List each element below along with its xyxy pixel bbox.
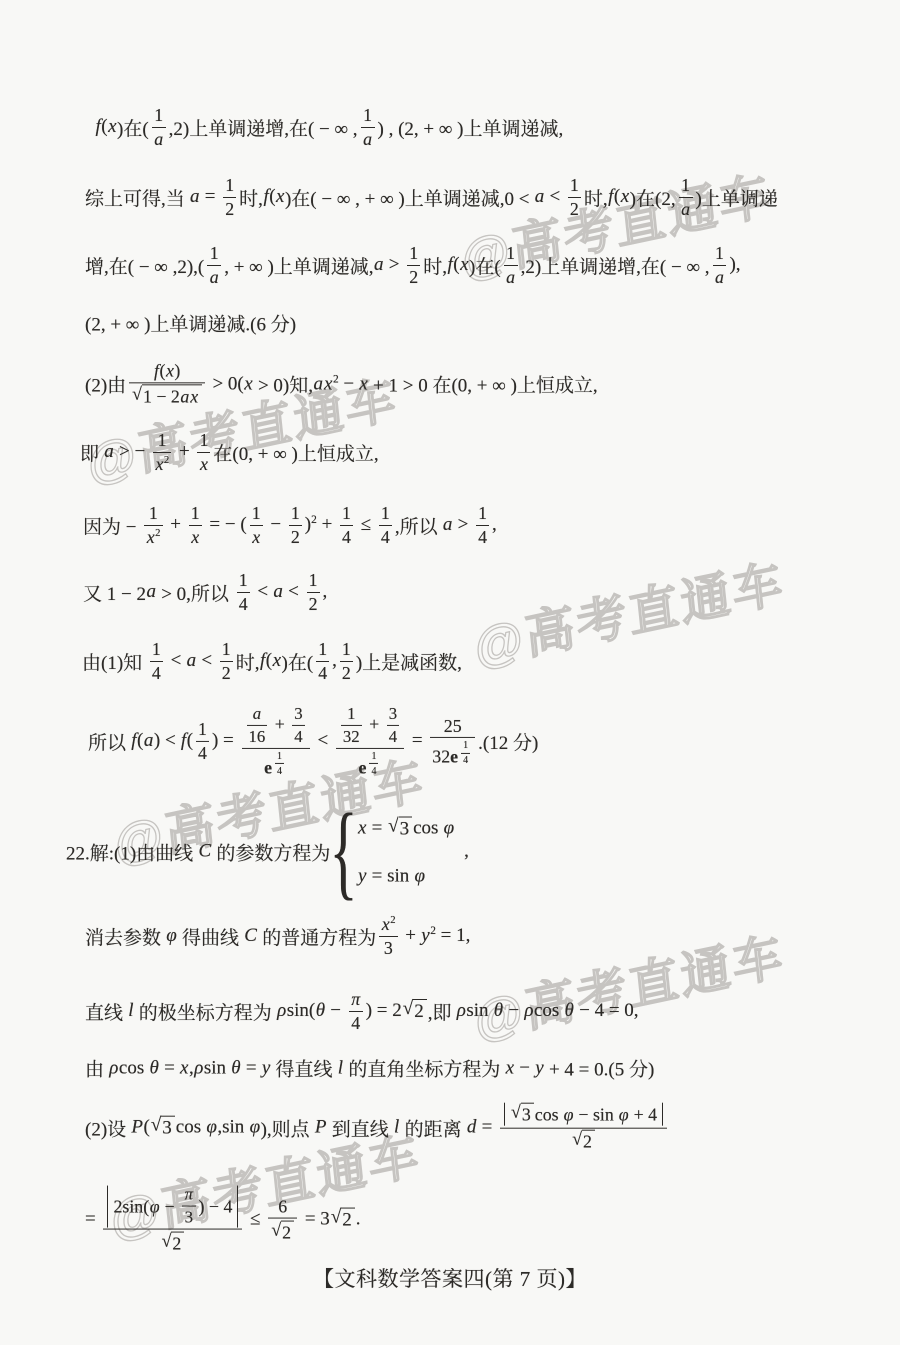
text-run: ,即	[428, 998, 457, 1025]
text-run: ,sin	[217, 1117, 249, 1139]
text-run: ,所以	[395, 512, 443, 539]
math-variable: ρ	[109, 1057, 119, 1079]
math-variable: φ	[414, 865, 426, 887]
fraction-numerator: 6	[276, 1196, 289, 1216]
text-run: 1	[152, 639, 161, 659]
fraction: 12	[220, 639, 233, 683]
fraction: 1a	[361, 105, 375, 149]
fraction: 1a	[207, 243, 221, 287]
q22-part1-rectangular-equation: 由 ρcos θ = x,ρsin θ = y 得直线 l 的直角坐标方程为 x…	[85, 1055, 654, 1082]
radicand: 3	[161, 1116, 175, 1141]
fraction-numerator: a	[250, 705, 263, 724]
math-variable: x	[244, 373, 253, 395]
fraction: 1a	[504, 243, 518, 287]
text-run: 1	[570, 175, 579, 195]
fraction-numerator: 1	[340, 503, 353, 523]
text-run: − sin	[574, 1104, 618, 1124]
text-run: 消去参数	[85, 923, 166, 950]
text-run: 2	[164, 454, 169, 466]
text-run: 因为 −	[83, 512, 141, 539]
radical-sign: √	[572, 1129, 582, 1150]
text-run: 即	[80, 439, 104, 466]
fraction-numerator: 1	[275, 751, 284, 762]
math-variable: ρ	[524, 1000, 534, 1022]
text-run: 4	[371, 766, 376, 777]
q22-part1-ordinary-equation: 消去参数 φ 得曲线 C 的普通方程为x23 + y2 = 1,	[85, 914, 470, 958]
fraction-bar	[250, 525, 263, 526]
text-run: ) =	[212, 730, 239, 752]
text-run: 1	[149, 503, 158, 523]
fraction-denominator: a	[713, 267, 727, 287]
text-run: 2	[222, 663, 231, 683]
text-run: 4	[239, 594, 248, 614]
text-run: 1	[381, 503, 390, 523]
math-variable: a	[154, 129, 164, 149]
math-variable: x	[324, 373, 333, 394]
fraction: 12	[340, 639, 353, 683]
fraction-denominator: e14	[357, 751, 384, 778]
q21-part2-range: 又 1 − 2a > 0,所以 14 < a < 12,	[83, 570, 327, 614]
text-run: > 0(	[208, 373, 244, 395]
fraction-bar	[144, 525, 162, 526]
math-variable: ρ	[456, 1000, 466, 1022]
fraction-numerator: 1	[407, 243, 420, 263]
text-run: 2	[282, 1222, 291, 1242]
fraction: √3cos φ − sin φ + 4√2	[500, 1103, 667, 1154]
text-run: 2sin(	[113, 1196, 149, 1216]
text-run: )上单调递	[696, 184, 778, 211]
text-run: 直线	[85, 998, 128, 1025]
text-run: (	[144, 1117, 150, 1139]
fraction-numerator: 1	[369, 751, 378, 762]
math-variable: x	[146, 527, 155, 547]
math-variable: x	[272, 650, 281, 672]
text-run: = sin	[367, 865, 414, 887]
fraction-denominator: 4	[196, 743, 209, 763]
text-run: ,	[492, 514, 497, 536]
fraction-bar	[150, 661, 163, 662]
math-variable: P	[131, 1117, 144, 1139]
square-root: √2	[331, 1208, 355, 1233]
fraction: 1a	[152, 105, 166, 149]
math-variable: C	[244, 925, 258, 947]
fraction: a16	[247, 705, 268, 747]
text-run: 所以	[88, 728, 131, 755]
fraction: 12	[568, 175, 581, 219]
superscript: 14	[366, 751, 381, 778]
q21-part2-conclusion: 所以 f(a) < f(14) = a16 + 34e14 < 132 + 34…	[88, 705, 538, 777]
fraction-numerator: π	[349, 989, 363, 1009]
fraction-numerator: 1	[156, 430, 169, 450]
text-run: 到直线	[327, 1115, 394, 1142]
text-run: =	[200, 186, 220, 208]
fraction-bar	[207, 265, 221, 266]
text-run: 1	[363, 105, 372, 125]
fraction-numerator: π	[182, 1186, 195, 1205]
math-variable: π	[184, 1185, 193, 1204]
fraction: 6√2	[268, 1196, 297, 1243]
text-run: 1	[239, 570, 248, 590]
math-variable: φ	[443, 818, 455, 840]
text-run: 2	[155, 527, 160, 539]
square-root: √3	[388, 817, 412, 842]
text-run: 2	[390, 914, 395, 926]
text-run: 1	[371, 751, 376, 762]
text-run: ) , (2, + ∞ )上单调递减,	[378, 114, 564, 141]
text-run: <	[545, 186, 565, 208]
fraction-numerator: 1	[379, 503, 392, 523]
text-run: 的直角坐标方程为	[344, 1055, 506, 1082]
fraction-bar	[103, 1229, 242, 1230]
fraction-bar	[220, 661, 233, 662]
text-run: (2)由	[85, 371, 126, 398]
radical-sign: √	[151, 1115, 161, 1137]
math-variable: φ	[249, 1117, 261, 1139]
absolute-value: √3cos φ − sin φ + 4	[504, 1103, 663, 1126]
text-run: 综上可得,当	[85, 184, 190, 211]
text-run: sin	[466, 1000, 493, 1022]
fraction-denominator: 4	[340, 527, 353, 547]
text-run: <	[197, 650, 217, 672]
text-run: 1	[252, 503, 261, 523]
radicand: 2	[341, 1208, 355, 1233]
text-run: 又 1 − 2	[83, 579, 146, 606]
text-run: 16	[249, 727, 266, 746]
text-run: + 1 > 0 在(0, + ∞ )上恒成立,	[368, 371, 597, 398]
math-variable: a	[442, 514, 453, 536]
math-variable: d	[466, 1117, 477, 1139]
text-run: 的普通方程为	[257, 923, 376, 950]
fraction: a16 + 34e14	[242, 705, 310, 777]
text-run: )在(	[117, 114, 149, 141]
fraction-denominator: 2	[307, 594, 320, 614]
fraction: 1a	[713, 243, 727, 287]
fraction-denominator: e14	[262, 751, 289, 778]
fraction-bar	[430, 737, 475, 738]
text-run: −	[504, 1000, 524, 1022]
fraction-denominator: 16	[247, 728, 268, 747]
fraction: x23	[379, 914, 397, 958]
fraction-numerator: 1	[208, 243, 221, 263]
text-run: 4	[318, 663, 327, 683]
text-run: 1	[681, 175, 690, 195]
fraction: 14	[340, 503, 353, 547]
text-run: 4	[463, 755, 468, 766]
text-run: > 0)知,	[253, 371, 313, 398]
text-run: (2)设	[85, 1115, 131, 1142]
math-constant: e	[359, 757, 367, 777]
text-run: =	[85, 1209, 100, 1231]
fraction-denominator: a	[504, 267, 518, 287]
text-run: 3	[400, 819, 410, 840]
math-variable: y	[421, 925, 430, 946]
fraction-denominator: 4	[237, 594, 250, 614]
text-run: 3	[522, 1105, 531, 1125]
text-run: cos	[535, 1104, 563, 1124]
text-run: 4	[198, 743, 207, 763]
text-run: , + ∞ )上单调递减,	[224, 252, 373, 279]
fraction-bar	[189, 525, 202, 526]
q21-part2-completing-square: 因为 − 1x2 + 1x = − (1x − 12)2 + 14 ≤ 14,所…	[83, 503, 497, 547]
fraction-numerator: 1	[476, 503, 489, 523]
fraction-numerator: 3	[292, 705, 304, 724]
math-variable: P	[314, 1117, 327, 1139]
fraction-denominator: 4	[476, 527, 489, 547]
text-run: )在(	[469, 252, 501, 279]
math-variable: x	[199, 454, 208, 474]
square-root: √3	[151, 1116, 175, 1141]
text-run: 时,	[236, 648, 260, 675]
fraction-denominator: 4	[387, 728, 399, 747]
math-variable: x	[190, 386, 199, 406]
cases-row: x = √3cos φ	[357, 817, 454, 842]
text-run: 1	[342, 639, 351, 659]
fraction-denominator: 3	[183, 1208, 195, 1227]
fraction-denominator: 4	[150, 663, 163, 683]
radicand: 2	[413, 999, 427, 1024]
q22-part1-parametric: 22.解:(1)由曲线 C 的参数方程为{x = √3cos φy = sin …	[66, 811, 469, 894]
fraction: 1x2	[144, 503, 162, 547]
fraction-bar	[568, 197, 581, 198]
math-variable: x	[180, 1057, 189, 1079]
fraction-bar	[153, 452, 171, 453]
text-run: = 1,	[436, 925, 470, 947]
math-variable: x	[357, 818, 366, 840]
fraction: π3	[182, 1186, 195, 1228]
text-run: 在(0, + ∞ )上恒成立,	[213, 439, 378, 466]
text-run: −	[266, 514, 286, 536]
fraction-bar	[223, 197, 236, 198]
text-run: 2	[414, 1001, 424, 1022]
math-variable: a	[146, 581, 157, 603]
math-variable: y	[357, 865, 366, 887]
text-run: <	[283, 581, 303, 603]
fraction-numerator: 1	[250, 503, 263, 523]
text-run: sin(	[287, 1000, 316, 1022]
watermark: @高考直通车	[471, 542, 788, 680]
radicand: 2	[281, 1220, 294, 1243]
fraction-numerator: 1	[147, 503, 160, 523]
fraction: 14	[150, 639, 163, 683]
fraction-bar	[152, 127, 166, 128]
text-run: 1 − 2	[143, 386, 180, 406]
math-variable: θ	[564, 1000, 574, 1022]
text-run: −	[326, 1000, 346, 1022]
fraction-numerator: 1	[150, 639, 163, 659]
radical-sign: √	[403, 998, 413, 1020]
math-variable: x	[276, 186, 285, 208]
text-run: +	[270, 714, 289, 734]
text-run: +	[401, 925, 421, 947]
text-run: 1	[158, 430, 167, 450]
square-root: √2	[572, 1130, 595, 1153]
fraction-numerator: 1	[152, 105, 165, 125]
text-run: ),	[729, 254, 740, 276]
fraction: 14	[369, 751, 378, 778]
text-run: 4	[389, 727, 397, 746]
math-variable: x	[191, 527, 200, 547]
fraction-numerator: a16 + 34	[242, 705, 310, 747]
math-variable: ρ	[194, 1057, 204, 1079]
fraction-denominator: 2	[220, 663, 233, 683]
fraction-numerator: 132 + 34	[336, 705, 404, 747]
math-variable: a	[363, 129, 373, 149]
fraction: 1x	[197, 430, 210, 474]
text-run: 4	[294, 727, 302, 746]
text-run: 时,	[239, 184, 263, 211]
scanned-answer-page: @高考直通车@高考直通车@高考直通车@高考直通车@高考直通车@高考直通车 f(x…	[0, 0, 900, 1345]
fraction-bar	[500, 1128, 667, 1129]
fraction-denominator: 4	[292, 728, 304, 747]
fraction-denominator: √2	[159, 1231, 188, 1254]
fraction: 132 + 34e14	[336, 705, 404, 777]
fraction: 14	[476, 503, 489, 547]
radical-sign: √	[132, 383, 142, 404]
superscript: 14	[272, 751, 287, 778]
text-run: ) <	[154, 730, 181, 752]
text-run: ≤	[245, 1209, 265, 1231]
page-footer: 【文科数学答案四(第 7 页)】	[0, 1263, 900, 1293]
fraction-bar	[504, 265, 518, 266]
radical-sign: √	[388, 816, 398, 838]
text-run: −	[339, 373, 359, 395]
fraction-numerator: √3cos φ − sin φ + 4	[500, 1103, 667, 1126]
fraction-numerator: 25	[442, 716, 464, 736]
text-run: = − (	[205, 514, 247, 536]
fraction: 14	[379, 503, 392, 547]
fraction: 12	[307, 570, 320, 614]
text-run: +	[365, 714, 384, 734]
text-run: 1	[347, 704, 355, 723]
square-root: √2	[162, 1231, 185, 1254]
fraction-denominator: 4	[316, 663, 329, 683]
fraction-numerator: 1	[504, 243, 517, 263]
fraction: 1x	[189, 503, 202, 547]
math-variable: ρ	[277, 1000, 287, 1022]
math-variable: a	[715, 267, 725, 287]
fraction: 12	[289, 503, 302, 547]
math-constant: e	[450, 746, 458, 766]
radicand: 2	[171, 1231, 184, 1254]
fraction-bar	[379, 936, 397, 937]
math-variable: φ	[618, 1104, 629, 1124]
fraction: 14	[237, 570, 250, 614]
fraction-numerator: f(x)	[152, 360, 183, 380]
fraction: 1a	[679, 175, 693, 219]
fraction-denominator: √1 − 2ax	[129, 384, 205, 407]
text-run: 由(1)知	[82, 648, 147, 675]
q21-summary-line-3: (2, + ∞ )上单调递减.(6 分)	[85, 310, 296, 337]
fraction-denominator: a	[679, 199, 693, 219]
fraction-denominator: 2	[223, 199, 236, 219]
fraction-numerator: 1	[189, 503, 202, 523]
text-run: ) = 2	[366, 1000, 402, 1022]
math-variable: y	[261, 1057, 270, 1079]
fraction-bar	[349, 1011, 363, 1012]
text-run: >	[384, 254, 404, 276]
text-run: 4	[478, 527, 487, 547]
fraction-denominator: 32e14	[430, 740, 475, 767]
text-run: 得曲线	[177, 923, 244, 950]
fraction: 12	[407, 243, 420, 287]
text-run: 1	[342, 503, 351, 523]
fraction-bar	[679, 197, 693, 198]
math-variable: φ	[149, 1196, 160, 1216]
cases-system: {x = √3cos φy = sin φ	[332, 811, 454, 894]
radical-sign: √	[511, 1102, 521, 1123]
fraction-bar	[197, 452, 210, 453]
text-run: 1	[154, 105, 163, 125]
fraction-denominator: x	[197, 454, 210, 474]
math-variable: y	[535, 1057, 544, 1079]
fraction-denominator: 2	[340, 663, 353, 683]
text-run: 4	[342, 527, 351, 547]
math-variable: φ	[206, 1117, 218, 1139]
fraction-bar	[316, 661, 329, 662]
fraction-bar	[461, 753, 470, 754]
fraction-numerator: 1	[197, 430, 210, 450]
square-root: √1 − 2ax	[132, 384, 202, 407]
fraction-numerator: 1	[223, 175, 236, 195]
fraction-bar	[196, 741, 209, 742]
math-variable: x	[381, 914, 390, 934]
text-run: 得直线	[271, 1055, 338, 1082]
text-run: +	[317, 514, 337, 536]
math-variable: a	[180, 386, 190, 406]
cases-row: y = sin φ	[357, 865, 454, 887]
text-run: 1	[463, 740, 468, 751]
text-run: 2	[172, 1233, 181, 1253]
text-run: ) − 4	[199, 1196, 233, 1216]
text-run: 32	[432, 746, 450, 766]
square-root: √2	[271, 1220, 294, 1243]
fraction-numerator: 2sin(φ − π3) − 4	[103, 1186, 242, 1228]
fraction-denominator: x2	[144, 527, 162, 547]
fraction-denominator: 4	[275, 766, 284, 777]
fraction-denominator: 2	[407, 267, 420, 287]
text-run: 4	[381, 527, 390, 547]
fraction-numerator: 1	[220, 639, 233, 659]
text-run: 1	[506, 243, 515, 263]
fraction-numerator: 1	[307, 570, 320, 590]
text-run: .	[356, 1209, 361, 1231]
text-run: +	[174, 441, 194, 463]
text-run: 时,	[584, 184, 608, 211]
text-run: +	[166, 514, 186, 536]
math-variable: a	[374, 254, 385, 276]
math-variable: x	[108, 116, 117, 138]
fraction-bar	[379, 525, 392, 526]
fraction-denominator: x2	[153, 454, 171, 474]
fraction-denominator: 2	[568, 199, 581, 219]
fraction-denominator: 4	[461, 755, 470, 766]
fraction-numerator: 1	[461, 740, 470, 751]
math-variable: x	[155, 454, 164, 474]
text-run: <	[313, 730, 333, 752]
fraction: 132	[341, 705, 362, 747]
text-run: =	[407, 730, 427, 752]
text-run: 增,在( − ∞ ,2),(	[85, 252, 204, 279]
square-root: √3	[511, 1103, 534, 1126]
math-constant: e	[264, 757, 272, 777]
absolute-value: 2sin(φ − π3) − 4	[107, 1186, 238, 1228]
fraction: 34	[292, 705, 304, 747]
fraction-numerator: 1	[361, 105, 374, 125]
fraction-denominator: 4	[379, 527, 392, 547]
q21-part2-setup: (2)由f(x)√1 − 2ax > 0(x > 0)知,ax2 − x + 1…	[85, 360, 598, 407]
math-variable: θ	[315, 1000, 325, 1022]
fraction-denominator: a	[361, 129, 375, 149]
